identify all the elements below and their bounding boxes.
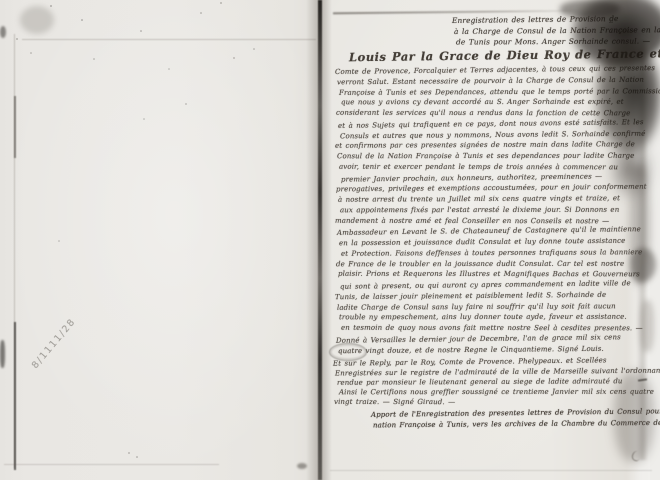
stamp-illegible-marks: ~ ~ ~ — [338, 349, 359, 355]
manuscript-line: Ainsi le Certifions nous greffier soussi… — [339, 388, 654, 397]
manuscript-line: quatre vingt douze, et de nostre Regne l… — [338, 344, 604, 354]
oval-archive-stamp: ~ ~ ~ — [329, 343, 367, 361]
manuscript-line: Comte de Provence, Forcalquier et Terres… — [335, 64, 655, 76]
manuscript-line: et Protection. Faisons deffenses à toute… — [341, 248, 642, 258]
manuscript-line: que nous y avions cy devant accordé au S… — [341, 98, 624, 106]
manuscript-line: avoir, tenir et exercer pendant le temps… — [339, 163, 618, 171]
scanned-manuscript-spread: 8/1111/28 2 Enregistration des lettres d… — [0, 0, 660, 480]
manuscript-line: de France de le troubler en la jouissanc… — [336, 259, 624, 268]
manuscript-line: Enregistrées sur le registre de l'admira… — [335, 367, 660, 378]
manuscript-line: de Tunis pour Mons. Anger Sorhainde cons… — [456, 37, 650, 47]
manuscript-line: premier Janvier prochain, aux honneurs, … — [341, 172, 602, 183]
manuscript-line: et à nos Sujets qui trafiquent en ce pay… — [338, 118, 644, 130]
manuscript-line: Ambassadeur en Levant le S. de Chateaune… — [337, 225, 641, 237]
manuscript-line: nation Françoise à Tunis, vers les archi… — [373, 418, 660, 429]
manuscript-line: Françoise à Tunis et ses Dependances, at… — [339, 87, 660, 97]
manuscript-line: à la Charge de Consul de la Nation Franç… — [454, 25, 660, 36]
manuscript-line: en la possession et jouissance dudit Con… — [339, 237, 625, 247]
manuscript-line: Consul de la Nation Françoise à Tunis et… — [337, 152, 634, 161]
manuscript-line: à nostre arrest du trente un Juillet mil… — [338, 194, 620, 203]
manuscript-line: en tesmoin de quoy nous avons fait mettr… — [341, 324, 643, 333]
manuscript-line: Consuls et autres que nous y nommons, No… — [340, 129, 645, 140]
manuscript-line: plaisir. Prions et Requerons les Illustr… — [338, 270, 640, 279]
manuscript-line: et confirmons par ces presentes signées … — [335, 140, 635, 150]
manuscript-line: Et sur le Reply, par le Roy, Comte de Pr… — [333, 356, 607, 367]
manuscript-line: considerant les services qu'il nous a re… — [336, 109, 630, 118]
manuscript-line: rendue par monsieur le lieutenant genera… — [337, 377, 623, 386]
manuscript-line: Louis Par la Grace de Dieu Roy de France… — [349, 46, 660, 64]
manuscript-text-block: Enregistration des lettres de Provision … — [0, 0, 660, 480]
manuscript-line: qui sont à present, ou qui auront cy apr… — [340, 279, 631, 291]
page-number: 2 — [609, 16, 614, 25]
manuscript-line: Tunis, de laisser jouir pleinement et pa… — [335, 291, 606, 301]
manuscript-line: Donné à Versailles le dernier jour de De… — [336, 333, 621, 344]
manuscript-line: verront Salut. Estant necessaire de pour… — [337, 75, 644, 86]
manuscript-line: vingt traize. — Signé Giraud. — — [334, 398, 455, 406]
manuscript-line: trouble ny empeschement, ains luy donner… — [339, 313, 627, 322]
manuscript-line: prerogatives, privileges et exemptions a… — [336, 183, 647, 194]
manuscript-line: Apport de l'Enregistration des presentes… — [371, 407, 660, 419]
manuscript-line: ladite Charge de Consul sans luy faire n… — [337, 302, 616, 311]
manuscript-line: mandement à nostre amé et feal Conseille… — [335, 216, 609, 224]
manuscript-line: Enregistration des lettres de Provision … — [452, 14, 619, 25]
manuscript-line: aux appointemens fixés par l'estat arres… — [340, 206, 619, 214]
